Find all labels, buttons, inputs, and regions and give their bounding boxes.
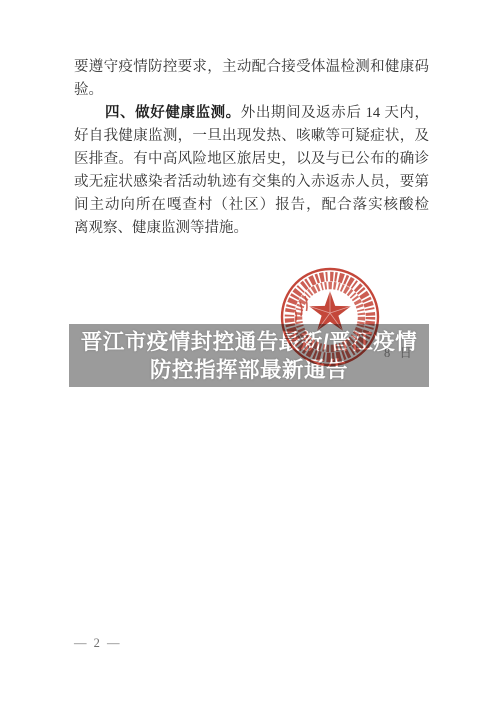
body-line: 四、做好健康监测。外出期间及返赤后 14 天内，要做: [74, 102, 429, 125]
headline-line-2: 防控指挥部最新通告: [150, 356, 348, 384]
body-text: 要遵守疫情防控要求，主动配合接受体温检测和健康码查验。四、做好健康监测。外出期间…: [74, 56, 429, 240]
body-line: 或无症状感染者活动轨迹有交集的入赤返赤人员，要第一时: [74, 171, 429, 194]
document-page: 要遵守疫情防控要求，主动配合接受体温检测和健康码查验。四、做好健康监测。外出期间…: [0, 0, 500, 707]
body-line: 间主动向所在嘎查村（社区）报告，配合落实核酸检测、隔: [74, 194, 429, 217]
body-segment-bold: 四、做好健康监测。: [105, 105, 241, 121]
body-segment: 医排查。有中高风险地区旅居史，以及与已公布的确诊病例: [74, 151, 429, 171]
body-segment: 或无症状感染者活动轨迹有交集的入赤返赤人员，要第一时: [74, 174, 429, 194]
headline-line-1: 晋江市疫情封控通告最新/晋江疫情: [81, 328, 417, 356]
body-segment: 好自我健康监测，一旦出现发热、咳嗽等可疑症状，及时就: [74, 128, 429, 148]
body-segment: 要遵守疫情防控要求，主动配合接受体温检测和健康码查: [74, 59, 429, 79]
page-number: — 2 —: [74, 636, 122, 651]
body-line: 离观察、健康监测等措施。: [74, 217, 429, 240]
date-fragment: 8 日: [384, 343, 415, 361]
body-line: 验。: [74, 79, 429, 102]
body-line: 好自我健康监测，一旦出现发热、咳嗽等可疑症状，及时就: [74, 125, 429, 148]
body-segment: 间主动向所在嘎查村（社区）报告，配合落实核酸检测、隔: [74, 197, 429, 217]
headline-band: 晋江市疫情封控通告最新/晋江疫情 防控指挥部最新通告: [69, 324, 429, 387]
body-line: 医排查。有中高风险地区旅居史，以及与已公布的确诊病例: [74, 148, 429, 171]
body-line: 要遵守疫情防控要求，主动配合接受体温检测和健康码查: [74, 56, 429, 79]
body-segment: 离观察、健康监测等措施。: [74, 220, 248, 236]
body-segment: 验。: [74, 82, 103, 98]
